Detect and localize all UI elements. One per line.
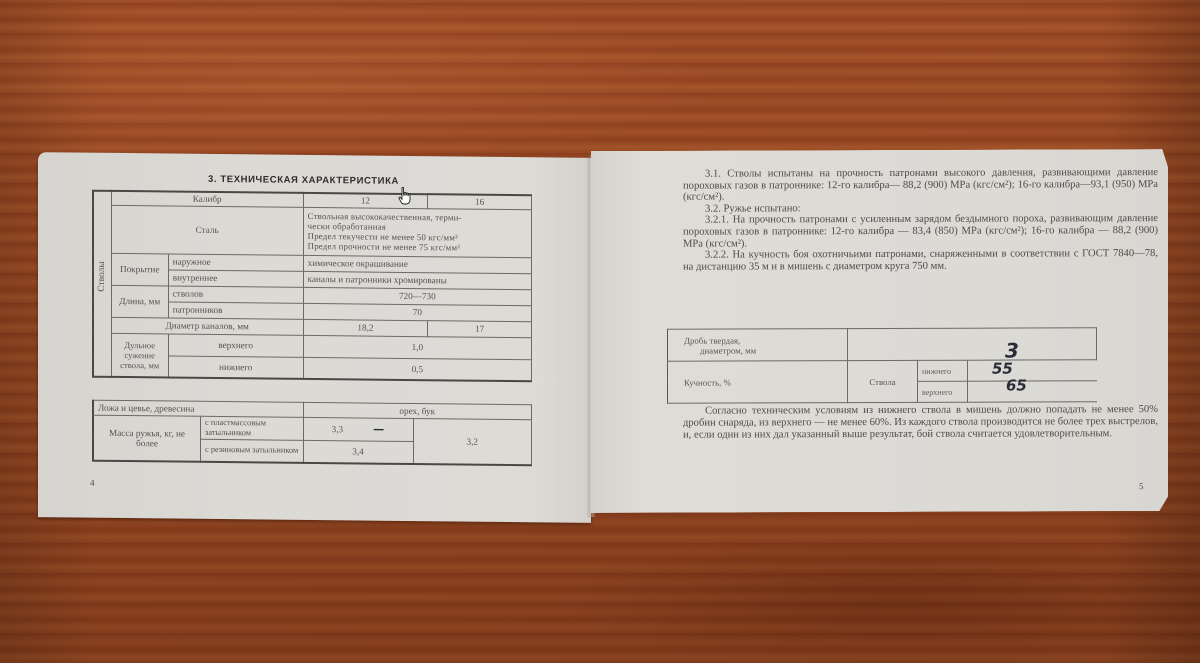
paragraph-3-1: 3.1. Стволы испытаны на прочность патрон… (683, 167, 1158, 203)
shot-label-line: Дробь твердая, (684, 335, 843, 346)
bore-diameter-12: 18,2 (303, 319, 428, 336)
shot-value-handwritten: 3 (1005, 338, 1019, 362)
mass-plastic-label: с пластмассовым затыльником (201, 416, 303, 440)
shot-value-cell: 3 (848, 328, 1097, 361)
bore-diameter-16: 17 (428, 320, 532, 337)
left-page: 3. ТЕХНИЧЕСКАЯ ХАРАКТЕРИСТИКА Стволы Кал… (38, 152, 591, 523)
table-row-mass-plastic: Масса ружья, кг, не более с пластмассовы… (93, 415, 532, 443)
choke-lower-value: 0,5 (303, 357, 531, 381)
length-barrels-label: стволов (168, 285, 303, 302)
paragraph-3-2-1: 3.2.1. На прочность патронами с усиленны… (683, 213, 1158, 249)
table-row-choke-upper: Дульное сужение ствола, мм верхнего 1,0 (93, 333, 532, 360)
shot-label: Дробь твердая, диаметром, мм (668, 329, 848, 362)
coating-inner-label: внутреннее (168, 269, 303, 286)
barrels-group-cell: Стволы (93, 191, 111, 377)
mass-label: Масса ружья, кг, не более (93, 415, 201, 461)
table-row-accuracy-lower: Кучность, % Ствола нижнего 55 (668, 360, 1097, 382)
caliber-16: 16 (428, 194, 532, 209)
length-label: Длина, мм (111, 285, 168, 318)
open-booklet: 3. ТЕХНИЧЕСКАЯ ХАРАКТЕРИСТИКА Стволы Кал… (38, 150, 1168, 520)
shot-label-line: диаметром, мм (684, 345, 843, 356)
choke-label: Дульное сужение ствола, мм (111, 333, 168, 378)
table-row-steel: Сталь Ствольная высококачественная, терм… (93, 205, 532, 258)
paragraph-3-2-2: 3.2.2. На кучность боя охотничьими патро… (683, 248, 1158, 273)
accuracy-conditions-paragraph: Согласно техническим условиям из нижнего… (683, 404, 1158, 441)
handwritten-dash: — (373, 423, 384, 436)
coating-outer-label: наружное (168, 253, 303, 270)
technical-specs-table: Стволы Калибр 12 16 Сталь Ствольная высо… (92, 190, 532, 383)
choke-upper-label: верхнего (168, 333, 303, 356)
lower-barrel-value-cell: 55 (968, 360, 1097, 381)
technical-specs-table-bottom: Ложа и цевье, древесина орех, бук Масса … (92, 400, 532, 466)
mass-rubber-value-12: 3,4 (303, 440, 413, 463)
barrel-label: Ствола (848, 360, 918, 402)
accuracy-table: Дробь твердая, диаметром, мм 3 Кучность,… (667, 327, 1097, 404)
bore-diameter-label: Диаметр каналов, мм (111, 317, 303, 335)
lower-barrel-label: нижнего (918, 360, 968, 381)
test-description: 3.1. Стволы испытаны на прочность патрон… (683, 167, 1158, 273)
page-number-left: 4 (90, 478, 95, 488)
upper-barrel-value-cell: 65 (968, 381, 1097, 402)
mass-plastic-value: 3,3 (332, 424, 343, 434)
section-title: 3. ТЕХНИЧЕСКАЯ ХАРАКТЕРИСТИКА (208, 174, 399, 187)
mass-value-16: 3,2 (413, 419, 532, 465)
accuracy-label: Кучность, % (668, 361, 848, 404)
choke-lower-label: нижнего (168, 355, 303, 378)
steel-description: Ствольная высококачественная, терми- чес… (303, 207, 531, 257)
coating-label: Покрытие (111, 253, 168, 286)
upper-barrel-label: верхнего (918, 381, 968, 402)
barrels-group-label: Стволы (97, 276, 107, 292)
steel-line: Предел прочности не менее 75 кгс/мм² (308, 241, 527, 253)
table-row-shot: Дробь твердая, диаметром, мм 3 (668, 328, 1097, 361)
upper-barrel-value-handwritten: 65 (1006, 376, 1027, 394)
lower-barrel-value-handwritten: 55 (992, 360, 1013, 378)
mass-rubber-label: с резиновым затыльником (201, 439, 303, 462)
right-page: 3.1. Стволы испытаны на прочность патрон… (591, 149, 1168, 513)
steel-label: Сталь (111, 205, 303, 255)
choke-upper-value: 1,0 (303, 335, 531, 359)
length-chambers-label: патронников (168, 301, 303, 318)
mass-plastic-value-12: 3,3 — (303, 417, 413, 441)
hand-pointer-cursor-icon (398, 187, 412, 205)
page-number-right: 5 (1139, 481, 1144, 491)
